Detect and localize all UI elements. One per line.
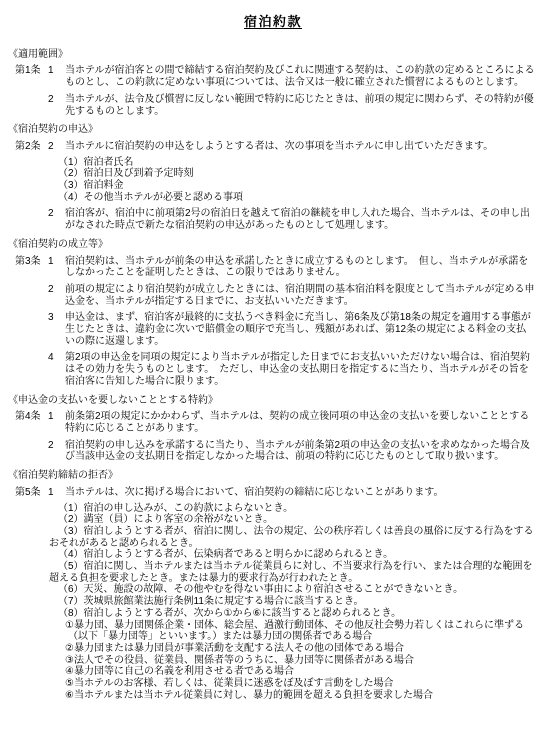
section-special-agreement: 《申込金の支払いを要しないこととする特約》 第4条 1 前条第2項の規定にかかわ…	[8, 395, 538, 464]
section-heading: 《申込金の支払いを要しないこととする特約》	[8, 395, 538, 407]
page-title-text: 宿泊約款	[244, 14, 302, 29]
sub-list-item: ②暴力団または暴力団員が事業活動を支配する法人その他の団体である場合	[68, 643, 536, 655]
sub-list-item: ⑤当ホテルのお客様、若しくは、従業員に迷惑をぼ及ぼす言動をした場合	[68, 678, 536, 690]
article-row: 3 申込金は、まず、宿泊客が最終的に支払うべき料金に充当し、第6条及び第18条の…	[8, 312, 538, 347]
article-text: 前項の規定により宿泊契約が成立したときには、宿泊期間の基本宿泊料を限度として当ホ…	[65, 284, 538, 307]
sub-item-list: （1）宿泊の申し込みが、この約款によらないとき。 （2）満室（員）により客室の余…	[65, 503, 536, 702]
article-row: 第3条 1 宿泊契約は、当ホテルが前条の申込を承諾したときに成立するものとします…	[8, 256, 538, 279]
article-number-label: 第2条	[15, 141, 48, 153]
article-text: 当ホテルが、法令及び慣習に反しない範囲で特約に応じたときは、前項の規定に関わらず…	[65, 94, 538, 117]
article-row: 4 第2項の申込金を同項の規定により当ホテルが指定した日までにお支払いいただけな…	[8, 352, 538, 387]
item-number: 1	[48, 65, 65, 77]
list-item: （2）満室（員）により客室の余裕がないとき。	[49, 514, 536, 526]
list-item: （2）宿泊日及び到着予定時刻	[49, 168, 536, 180]
item-number: 2	[48, 141, 65, 153]
section-scope: 《適用範囲》 第1条 1 当ホテルが宿泊客との間で締結する宿泊契約及びこれに関連…	[8, 49, 538, 118]
article-text: 宿泊契約は、当ホテルが前条の申込を承諾したときに成立するものとします。 但し、当…	[65, 256, 538, 279]
item-number: 1	[48, 487, 65, 499]
article-text: 申込金は、まず、宿泊客が最終的に支払うべき料金に充当し、第6条及び第18条の規定…	[65, 312, 538, 347]
document-page: 宿泊約款 《適用範囲》 第1条 1 当ホテルが宿泊客との間で締結する宿泊契約及び…	[0, 0, 546, 701]
item-number: 1	[48, 411, 65, 423]
article-text: 前条第2項の規定にかかわらず、当ホテルは、契約の成立後同項の申込金の支払いを要し…	[65, 411, 538, 434]
section-formation: 《宿泊契約の成立等》 第3条 1 宿泊契約は、当ホテルが前条の申込を承諾したとき…	[8, 239, 538, 388]
article-text: 宿泊契約の申し込みを承諾するに当たり、当ホテルが前条第2項の申込金の支払いを求め…	[65, 440, 538, 463]
sub-list-item: ①暴力団、暴力団関係企業・団体、総会屋、過激行動団体、その他反社会勢力若しくはこ…	[68, 620, 536, 643]
sub-list-item: ⑥当ホテルまたは当ホテル従業員に対し、暴力的範囲を超える負担を要求した場合	[68, 690, 536, 702]
sub-item-list: （1）宿泊者氏名 （2）宿泊日及び到着予定時刻 （3）宿泊料金 （4）その他当ホ…	[65, 157, 536, 204]
article-row: 2 宿泊客が、宿泊中に前項第2号の宿泊日を越えて宿泊の継続を申し入れた場合、当ホ…	[8, 208, 538, 231]
list-item: （4）その他当ホテルが必要と認める事項	[49, 192, 536, 204]
article-text: 当ホテルは、次に掲げる場合において、宿泊契約の締結に応じないことがあります。 （…	[65, 487, 538, 702]
item-number: 3	[48, 312, 65, 324]
article-text: 当ホテルが宿泊客との間で締結する宿泊契約及びこれに関連する契約は、この約款の定め…	[65, 65, 538, 88]
list-item: （6）天災、施設の故障、その他やむを得ない事由により宿泊させることができないとき…	[49, 584, 536, 596]
section-heading: 《宿泊契約の申込》	[8, 124, 538, 136]
list-item: （7）茨城県旅館業法施行条例11条に規定する場合に該当するとき。	[49, 596, 536, 608]
article-row: 第1条 1 当ホテルが宿泊客との間で締結する宿泊契約及びこれに関連する契約は、こ…	[8, 65, 538, 88]
item-number: 2	[48, 208, 65, 220]
article-text: 当ホテルに宿泊契約の申込をしようとする者は、次の事項を当ホテルに申し出ていただき…	[65, 141, 538, 204]
article-row: 2 当ホテルが、法令及び慣習に反しない範囲で特約に応じたときは、前項の規定に関わ…	[8, 94, 538, 117]
section-heading: 《宿泊契約の成立等》	[8, 239, 538, 251]
item-number: 2	[48, 284, 65, 296]
section-refusal: 《宿泊契約締結の拒否》 第5条 1 当ホテルは、次に掲げる場合において、宿泊契約…	[8, 470, 538, 701]
page-title: 宿泊約款	[8, 16, 538, 28]
list-item: （1）宿泊の申し込みが、この約款によらないとき。	[49, 503, 536, 515]
sub-list-item: ③法人でその役員、従業員、関係者等のうちに、暴力団等に関係者がある場合	[68, 655, 536, 667]
article-row: 第5条 1 当ホテルは、次に掲げる場合において、宿泊契約の締結に応じないことがあ…	[8, 487, 538, 702]
article-number-label: 第4条	[15, 411, 48, 423]
article-number-label: 第5条	[15, 487, 48, 499]
article-row: 2 前項の規定により宿泊契約が成立したときには、宿泊期間の基本宿泊料を限度として…	[8, 284, 538, 307]
article-paragraph: 当ホテルに宿泊契約の申込をしようとする者は、次の事項を当ホテルに申し出ていただき…	[65, 141, 536, 153]
list-item: （8）宿泊しようとする者が、次から①から⑥に該当すると認められるとき。	[49, 608, 536, 620]
section-heading: 《適用範囲》	[8, 49, 538, 61]
item-number: 1	[48, 256, 65, 268]
section-application: 《宿泊契約の申込》 第2条 2 当ホテルに宿泊契約の申込をしようとする者は、次の…	[8, 124, 538, 232]
list-item: （5）宿泊に関し、当ホテルまたは当ホテル従業員らに対し、不当要求行為を行い、また…	[49, 561, 536, 584]
article-number-label: 第1条	[15, 65, 48, 77]
list-item: （4）宿泊しようとする者が、伝染病者であると明らかに認められるとき。	[49, 549, 536, 561]
article-paragraph: 当ホテルは、次に掲げる場合において、宿泊契約の締結に応じないことがあります。	[65, 487, 536, 499]
list-item: （1）宿泊者氏名	[49, 157, 536, 169]
item-number: 2	[48, 440, 65, 452]
item-number: 4	[48, 352, 65, 364]
article-number-label: 第3条	[15, 256, 48, 268]
article-row: 第4条 1 前条第2項の規定にかかわらず、当ホテルは、契約の成立後同項の申込金の…	[8, 411, 538, 434]
article-row: 2 宿泊契約の申し込みを承諾するに当たり、当ホテルが前条第2項の申込金の支払いを…	[8, 440, 538, 463]
sub-list-item: ④暴力団等に自己の名義を利用させる者である場合	[68, 666, 536, 678]
article-row: 第2条 2 当ホテルに宿泊契約の申込をしようとする者は、次の事項を当ホテルに申し…	[8, 141, 538, 204]
article-text: 宿泊客が、宿泊中に前項第2号の宿泊日を越えて宿泊の継続を申し入れた場合、当ホテル…	[65, 208, 538, 231]
section-heading: 《宿泊契約締結の拒否》	[8, 470, 538, 482]
item-number: 2	[48, 94, 65, 106]
list-item: （3）宿泊しようとする者が、宿泊に関し、法令の規定、公の秩序若しくは善良の風俗に…	[49, 526, 536, 549]
list-item: （3）宿泊料金	[49, 180, 536, 192]
article-text: 第2項の申込金を同項の規定により当ホテルが指定した日までにお支払いいただけない場…	[65, 352, 538, 387]
